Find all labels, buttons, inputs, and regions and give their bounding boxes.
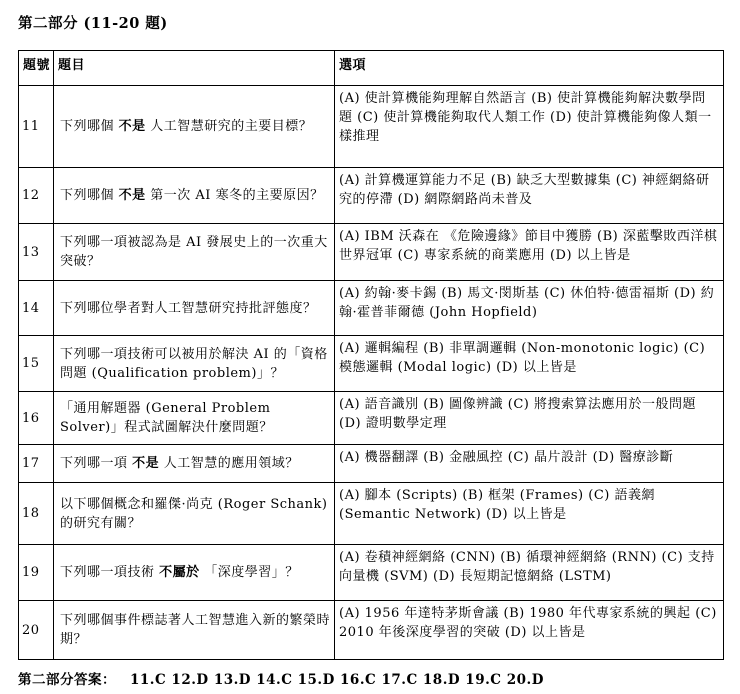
question-row-18: 18 以下哪個概念和羅傑·尚克 (Roger Schank) 的研究有關？ (A… <box>19 483 724 545</box>
answer-key-values: 11.C 12.D 13.D 14.C 15.D 16.C 17.C 18.D … <box>130 672 544 688</box>
question-text-pre: 「通用解題器 (General Problem Solver)」程式試圖解決什麼… <box>60 401 273 435</box>
question-row-17: 17 下列哪一項 不是 人工智慧的應用領域？ (A) 機器翻譯 (B) 金融風控… <box>19 445 724 483</box>
question-text-pre: 下列哪位學者對人工智慧研究持批評態度？ <box>60 301 317 316</box>
question-text: 以下哪個概念和羅傑·尚克 (Roger Schank) 的研究有關？ <box>54 483 335 545</box>
question-number: 12 <box>19 168 54 224</box>
question-text: 下列哪一項技術 不屬於 「深度學習」？ <box>54 545 335 601</box>
question-emphasis: 不是 <box>119 188 146 203</box>
question-number: 19 <box>19 545 54 601</box>
options-text: (A) 卷積神經網絡 (CNN) (B) 循環神經網絡 (RNN) (C) 支持… <box>335 545 724 601</box>
header-row: 題號 題目 選項 <box>19 51 724 86</box>
question-row-14: 14 下列哪位學者對人工智慧研究持批評態度？ (A) 約翰·麥卡錫 (B) 馬文… <box>19 281 724 336</box>
question-text-pre: 下列哪一項技術 <box>60 565 159 580</box>
question-text-pre: 下列哪一項被認為是 AI 發展史上的一次重大突破？ <box>60 235 328 269</box>
question-row-13: 13 下列哪一項被認為是 AI 發展史上的一次重大突破？ (A) IBM 沃森在… <box>19 224 724 281</box>
question-number: 13 <box>19 224 54 281</box>
question-text-pre: 下列哪個事件標誌著人工智慧進入新的繁榮時期？ <box>60 613 330 647</box>
header-question-number: 題號 <box>19 51 54 86</box>
question-text: 下列哪一項 不是 人工智慧的應用領域？ <box>54 445 335 483</box>
question-number: 16 <box>19 392 54 445</box>
header-options: 選項 <box>335 51 724 86</box>
question-text-pre: 下列哪一項技術可以被用於解決 AI 的「資格問題 (Qualification … <box>60 347 328 381</box>
question-row-16: 16 「通用解題器 (General Problem Solver)」程式試圖解… <box>19 392 724 445</box>
quiz-section: 第二部分 (11-20 題) 題號 題目 選項 11 下列哪個 不是 人工智慧研… <box>0 0 740 688</box>
options-text: (A) 1956 年達特茅斯會議 (B) 1980 年代專家系統的興起 (C) … <box>335 601 724 660</box>
options-text: (A) IBM 沃森在 《危險邊緣》節目中獲勝 (B) 深藍擊敗西洋棋世界冠軍 … <box>335 224 724 281</box>
question-emphasis: 不是 <box>132 456 159 471</box>
question-text: 下列哪個 不是 第一次 AI 寒冬的主要原因？ <box>54 168 335 224</box>
question-text: 下列哪一項技術可以被用於解決 AI 的「資格問題 (Qualification … <box>54 336 335 392</box>
document-page: { "page": { "title": "第二部分 (11-20 題)", "… <box>0 0 740 694</box>
question-text-pre: 下列哪個 <box>60 119 119 134</box>
question-text-pre: 下列哪個 <box>60 188 119 203</box>
question-text: 下列哪一項被認為是 AI 發展史上的一次重大突破？ <box>54 224 335 281</box>
question-row-11: 11 下列哪個 不是 人工智慧研究的主要目標？ (A) 使計算機能夠理解自然語言… <box>19 86 724 168</box>
options-text: (A) 機器翻譯 (B) 金融風控 (C) 晶片設計 (D) 醫療診斷 <box>335 445 724 483</box>
question-text: 下列哪個事件標誌著人工智慧進入新的繁榮時期？ <box>54 601 335 660</box>
question-number: 18 <box>19 483 54 545</box>
options-text: (A) 計算機運算能力不足 (B) 缺乏大型數據集 (C) 神經網絡研究的停滯 … <box>335 168 724 224</box>
question-text-post: 第一次 AI 寒冬的主要原因？ <box>146 188 324 203</box>
answer-key-line: 第二部分答案：11.C 12.D 13.D 14.C 15.D 16.C 17.… <box>18 668 722 688</box>
question-row-15: 15 下列哪一項技術可以被用於解決 AI 的「資格問題 (Qualificati… <box>19 336 724 392</box>
section-title: 第二部分 (11-20 題) <box>18 12 722 33</box>
options-text: (A) 腳本 (Scripts) (B) 框架 (Frames) (C) 語義網… <box>335 483 724 545</box>
question-number: 20 <box>19 601 54 660</box>
quiz-table: 題號 題目 選項 11 下列哪個 不是 人工智慧研究的主要目標？ (A) 使計算… <box>18 50 724 660</box>
question-text: 下列哪個 不是 人工智慧研究的主要目標？ <box>54 86 335 168</box>
question-text-pre: 以下哪個概念和羅傑·尚克 (Roger Schank) 的研究有關？ <box>60 497 327 531</box>
question-text-post: 人工智慧研究的主要目標？ <box>146 119 313 134</box>
question-text: 下列哪位學者對人工智慧研究持批評態度？ <box>54 281 335 336</box>
answer-key-label: 第二部分答案： <box>18 672 116 688</box>
question-text: 「通用解題器 (General Problem Solver)」程式試圖解決什麼… <box>54 392 335 445</box>
options-text: (A) 邏輯編程 (B) 非單調邏輯 (Non-monotonic logic)… <box>335 336 724 392</box>
question-number: 15 <box>19 336 54 392</box>
question-row-12: 12 下列哪個 不是 第一次 AI 寒冬的主要原因？ (A) 計算機運算能力不足… <box>19 168 724 224</box>
question-row-19: 19 下列哪一項技術 不屬於 「深度學習」？ (A) 卷積神經網絡 (CNN) … <box>19 545 724 601</box>
question-emphasis: 不是 <box>119 119 146 134</box>
header-question: 題目 <box>54 51 335 86</box>
question-number: 11 <box>19 86 54 168</box>
question-number: 14 <box>19 281 54 336</box>
question-text-pre: 下列哪一項 <box>60 456 132 471</box>
question-number: 17 <box>19 445 54 483</box>
question-text-post: 人工智慧的應用領域？ <box>159 456 299 471</box>
options-text: (A) 約翰·麥卡錫 (B) 馬文·閔斯基 (C) 休伯特·德雷福斯 (D) 約… <box>335 281 724 336</box>
options-text: (A) 使計算機能夠理解自然語言 (B) 使計算機能夠解決數學問題 (C) 使計… <box>335 86 724 168</box>
question-row-20: 20 下列哪個事件標誌著人工智慧進入新的繁榮時期？ (A) 1956 年達特茅斯… <box>19 601 724 660</box>
options-text: (A) 語音識別 (B) 圖像辨識 (C) 將搜索算法應用於一般問題 (D) 證… <box>335 392 724 445</box>
question-emphasis: 不屬於 <box>159 565 200 580</box>
question-text-post: 「深度學習」？ <box>200 565 299 580</box>
